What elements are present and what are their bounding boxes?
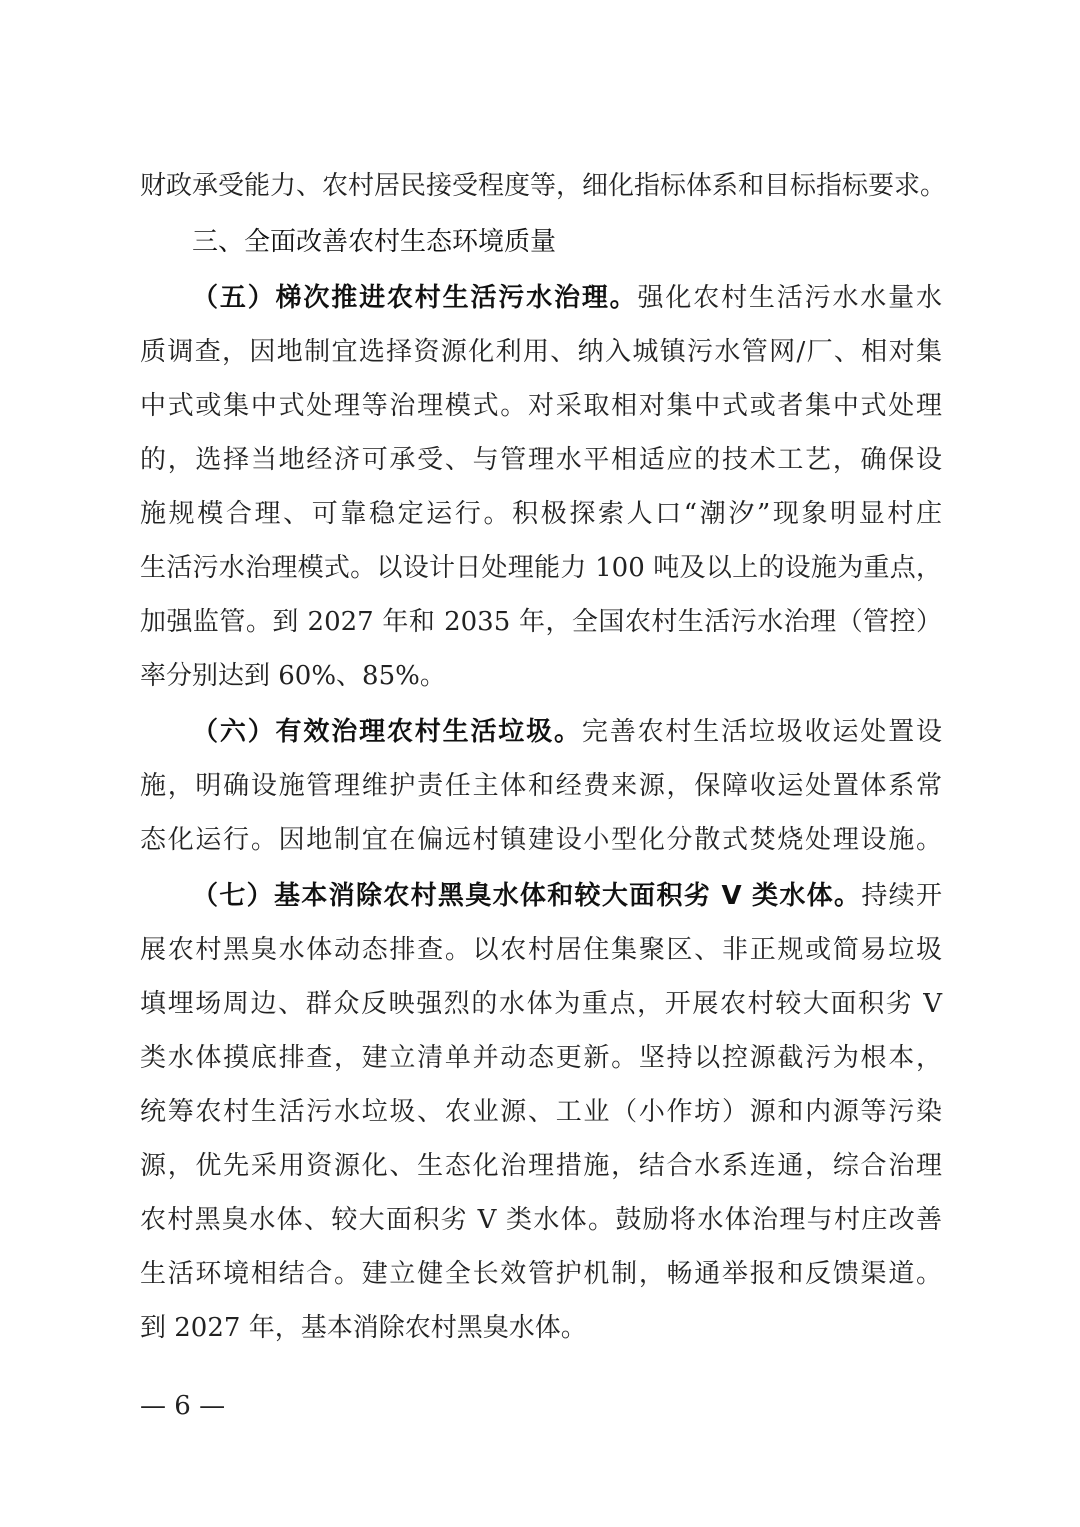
paragraph-line: 的，选择当地经济可承受、与管理水平相适应的技术工艺，确保设 [140,442,942,478]
paragraph-text: 完善农村生活垃圾收运处置设 [582,717,942,747]
paragraph-line: 填埋场周边、群众反映强烈的水体为重点，开展农村较大面积劣 V [140,986,942,1022]
paragraph-line: 加强监管。到 2027 年和 2035 年，全国农村生活污水治理（管控） [140,604,942,640]
paragraph-line: 生活污水治理模式。以设计日处理能力 100 吨及以上的设施为重点， [140,550,942,586]
paragraph-text: 持续开 [861,881,942,911]
paragraph-line: 展农村黑臭水体动态排查。以农村居住集聚区、非正规或简易垃圾 [140,932,942,968]
subsection-heading-line: （七）基本消除农村黑臭水体和较大面积劣 V 类水体。持续开 [192,878,942,914]
paragraph-line: 施规模合理、可靠稳定运行。积极探索人口“潮汐”现象明显村庄 [140,496,942,532]
paragraph-line: 质调查，因地制宜选择资源化利用、纳入城镇污水管网/厂、相对集 [140,334,942,370]
paragraph-line: 到 2027 年，基本消除农村黑臭水体。 [140,1310,942,1346]
subsection-title: （五）梯次推进农村生活污水治理。 [192,283,638,313]
paragraph-line: 类水体摸底排查，建立清单并动态更新。坚持以控源截污为根本， [140,1040,942,1076]
subsection-title: （六）有效治理农村生活垃圾。 [192,717,582,747]
paragraph-line: 农村黑臭水体、较大面积劣 V 类水体。鼓励将水体治理与村庄改善 [140,1202,942,1238]
paragraph-line: 财政承受能力、农村居民接受程度等，细化指标体系和目标指标要求。 [140,168,942,204]
paragraph-text: 强化农村生活污水水量水 [638,283,942,313]
subsection-heading-line: （六）有效治理农村生活垃圾。完善农村生活垃圾收运处置设 [192,714,942,750]
section-heading: 三、全面改善农村生态环境质量 [192,224,942,260]
paragraph-line: 态化运行。因地制宜在偏远村镇建设小型化分散式焚烧处理设施。 [140,822,942,858]
paragraph-line: 率分别达到 60%、85%。 [140,658,942,694]
subsection-title: （七）基本消除农村黑臭水体和较大面积劣 V 类水体。 [192,881,861,911]
paragraph-line: 中式或集中式处理等治理模式。对采取相对集中式或者集中式处理 [140,388,942,424]
paragraph-line: 源，优先采用资源化、生态化治理措施，结合水系连通，综合治理 [140,1148,942,1184]
paragraph-line: 生活环境相结合。建立健全长效管护机制，畅通举报和反馈渠道。 [140,1256,942,1292]
page-number: — 6 — [140,1388,225,1424]
paragraph-line: 施，明确设施管理维护责任主体和经费来源，保障收运处置体系常 [140,768,942,804]
paragraph-line: 统筹农村生活污水垃圾、农业源、工业（小作坊）源和内源等污染 [140,1094,942,1130]
subsection-heading-line: （五）梯次推进农村生活污水治理。强化农村生活污水水量水 [192,280,942,316]
